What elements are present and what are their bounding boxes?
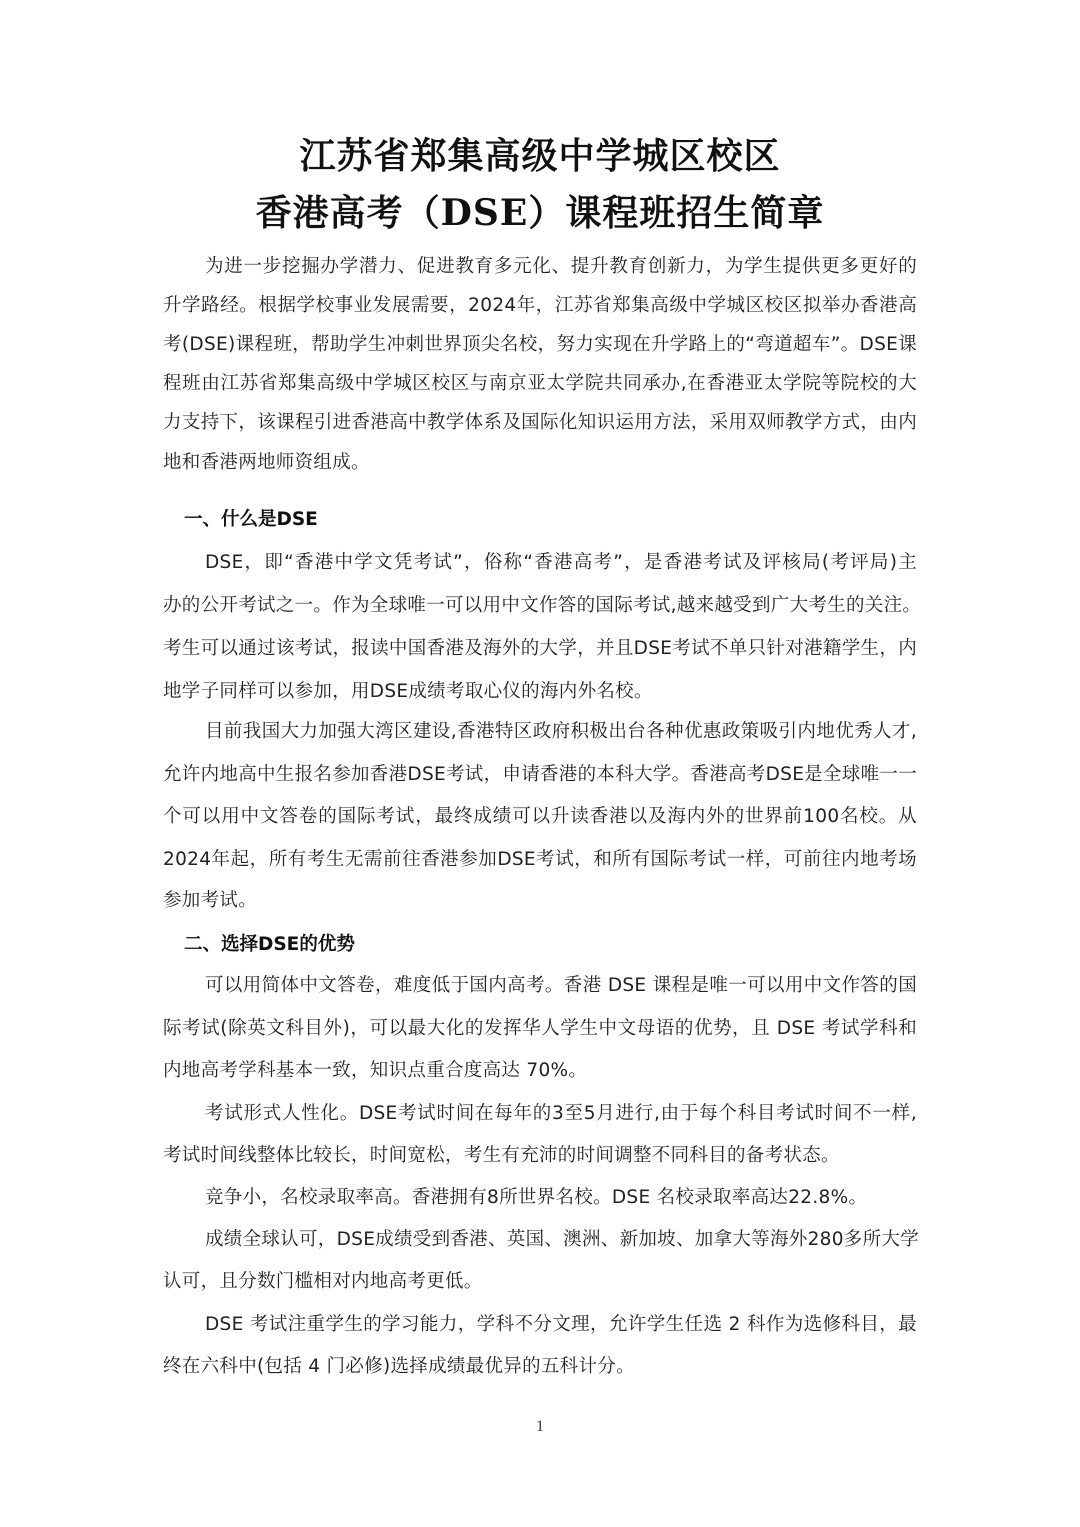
section-1-para-2-line: 目前我国大力加强大湾区建设,香港特区政府积极出台各种优惠政策吸引内地优秀人才, (205, 720, 917, 744)
section-2-para-1-line: 可以用简体中文答卷，难度低于国内高考。香港 DSE 课程是唯一可以用中文作答的国 (205, 974, 917, 998)
section-1-para-2-line: 允许内地高中生报名参加香港DSE考试，申请香港的本科大学。香港高考DSE是全球唯… (163, 763, 917, 787)
section-1-heading: 一、什么是DSE (184, 508, 318, 532)
section-1-para-2-line: 参加考试。 (163, 889, 917, 913)
page-number: 1 (0, 1418, 1080, 1436)
section-1-para-2-line: 2024年起，所有考生无需前往香港参加DSE考试，和所有国际考试一样，可前往内地… (163, 848, 917, 872)
document-page: 江苏省郑集高级中学城区校区 香港高考（DSE）课程班招生简章 为进一步挖掘办学潜… (0, 0, 1080, 1527)
intro-line: 程班由江苏省郑集高级中学城区校区与南京亚太学院共同承办,在香港亚太学院等院校的大 (163, 372, 917, 396)
section-2-para-2-line: 考试形式人性化。DSE考试时间在每年的3至5月进行,由于每个科目考试时间不一样, (205, 1102, 917, 1126)
section-1-para-1-line: 办的公开考试之一。作为全球唯一可以用中文作答的国际考试,越来越受到广大考生的关注… (163, 594, 917, 618)
section-2-para-4-line: 成绩全球认可，DSE成绩受到香港、英国、澳洲、新加坡、加拿大等海外280多所大学 (205, 1228, 917, 1252)
intro-line: 力支持下，该课程引进香港高中教学体系及国际化知识运用方法，采用双师教学方式，由内 (163, 411, 917, 435)
document-title-line-1: 江苏省郑集高级中学城区校区 (0, 134, 1080, 178)
section-2-para-1-line: 际考试(除英文科目外)，可以最大化的发挥华人学生中文母语的优势，且 DSE 考试… (163, 1017, 917, 1041)
section-1-para-1-line: DSE，即“香港中学文凭考试”，俗称“香港高考”，是香港考试及评核局(考评局)主 (205, 551, 917, 575)
document-title-line-2: 香港高考（DSE）课程班招生简章 (0, 191, 1080, 235)
section-2-para-3-line: 竞争小，名校录取率高。香港拥有8所世界名校。DSE 名校录取率高达22.8%。 (205, 1186, 917, 1210)
section-1-para-1-line: 地学子同样可以参加，用DSE成绩考取心仪的海内外名校。 (163, 680, 917, 704)
section-2-para-4-line: 认可，且分数门槛相对内地高考更低。 (163, 1270, 917, 1294)
section-2-para-2-line: 考试时间线整体比较长，时间宽松，考生有充沛的时间调整不同科目的备考状态。 (163, 1144, 917, 1168)
section-1-para-2-line: 个可以用中文答卷的国际考试，最终成绩可以升读香港以及海内外的世界前100名校。从 (163, 805, 917, 829)
section-2-para-5-line: DSE 考试注重学生的学习能力，学科不分文理，允许学生任选 2 科作为选修科目，… (205, 1313, 917, 1337)
intro-line: 考(DSE)课程班，帮助学生冲刺世界顶尖名校，努力实现在升学路上的“弯道超车”。… (163, 333, 917, 357)
section-2-para-1-line: 内地高考学科基本一致，知识点重合度高达 70%。 (163, 1059, 917, 1083)
section-2-para-5-line: 终在六科中(包括 4 门必修)选择成绩最优异的五科计分。 (163, 1355, 917, 1379)
intro-line: 升学路经。根据学校事业发展需要，2024年，江苏省郑集高级中学城区校区拟举办香港… (163, 294, 917, 318)
intro-line: 地和香港两地师资组成。 (163, 451, 917, 475)
intro-line: 为进一步挖掘办学潜力、促进教育多元化、提升教育创新力，为学生提供更多更好的 (205, 255, 917, 279)
section-1-para-1-line: 考生可以通过该考试，报读中国香港及海外的大学，并且DSE考试不单只针对港籍学生，… (163, 637, 917, 661)
section-2-heading: 二、选择DSE的优势 (184, 933, 355, 957)
